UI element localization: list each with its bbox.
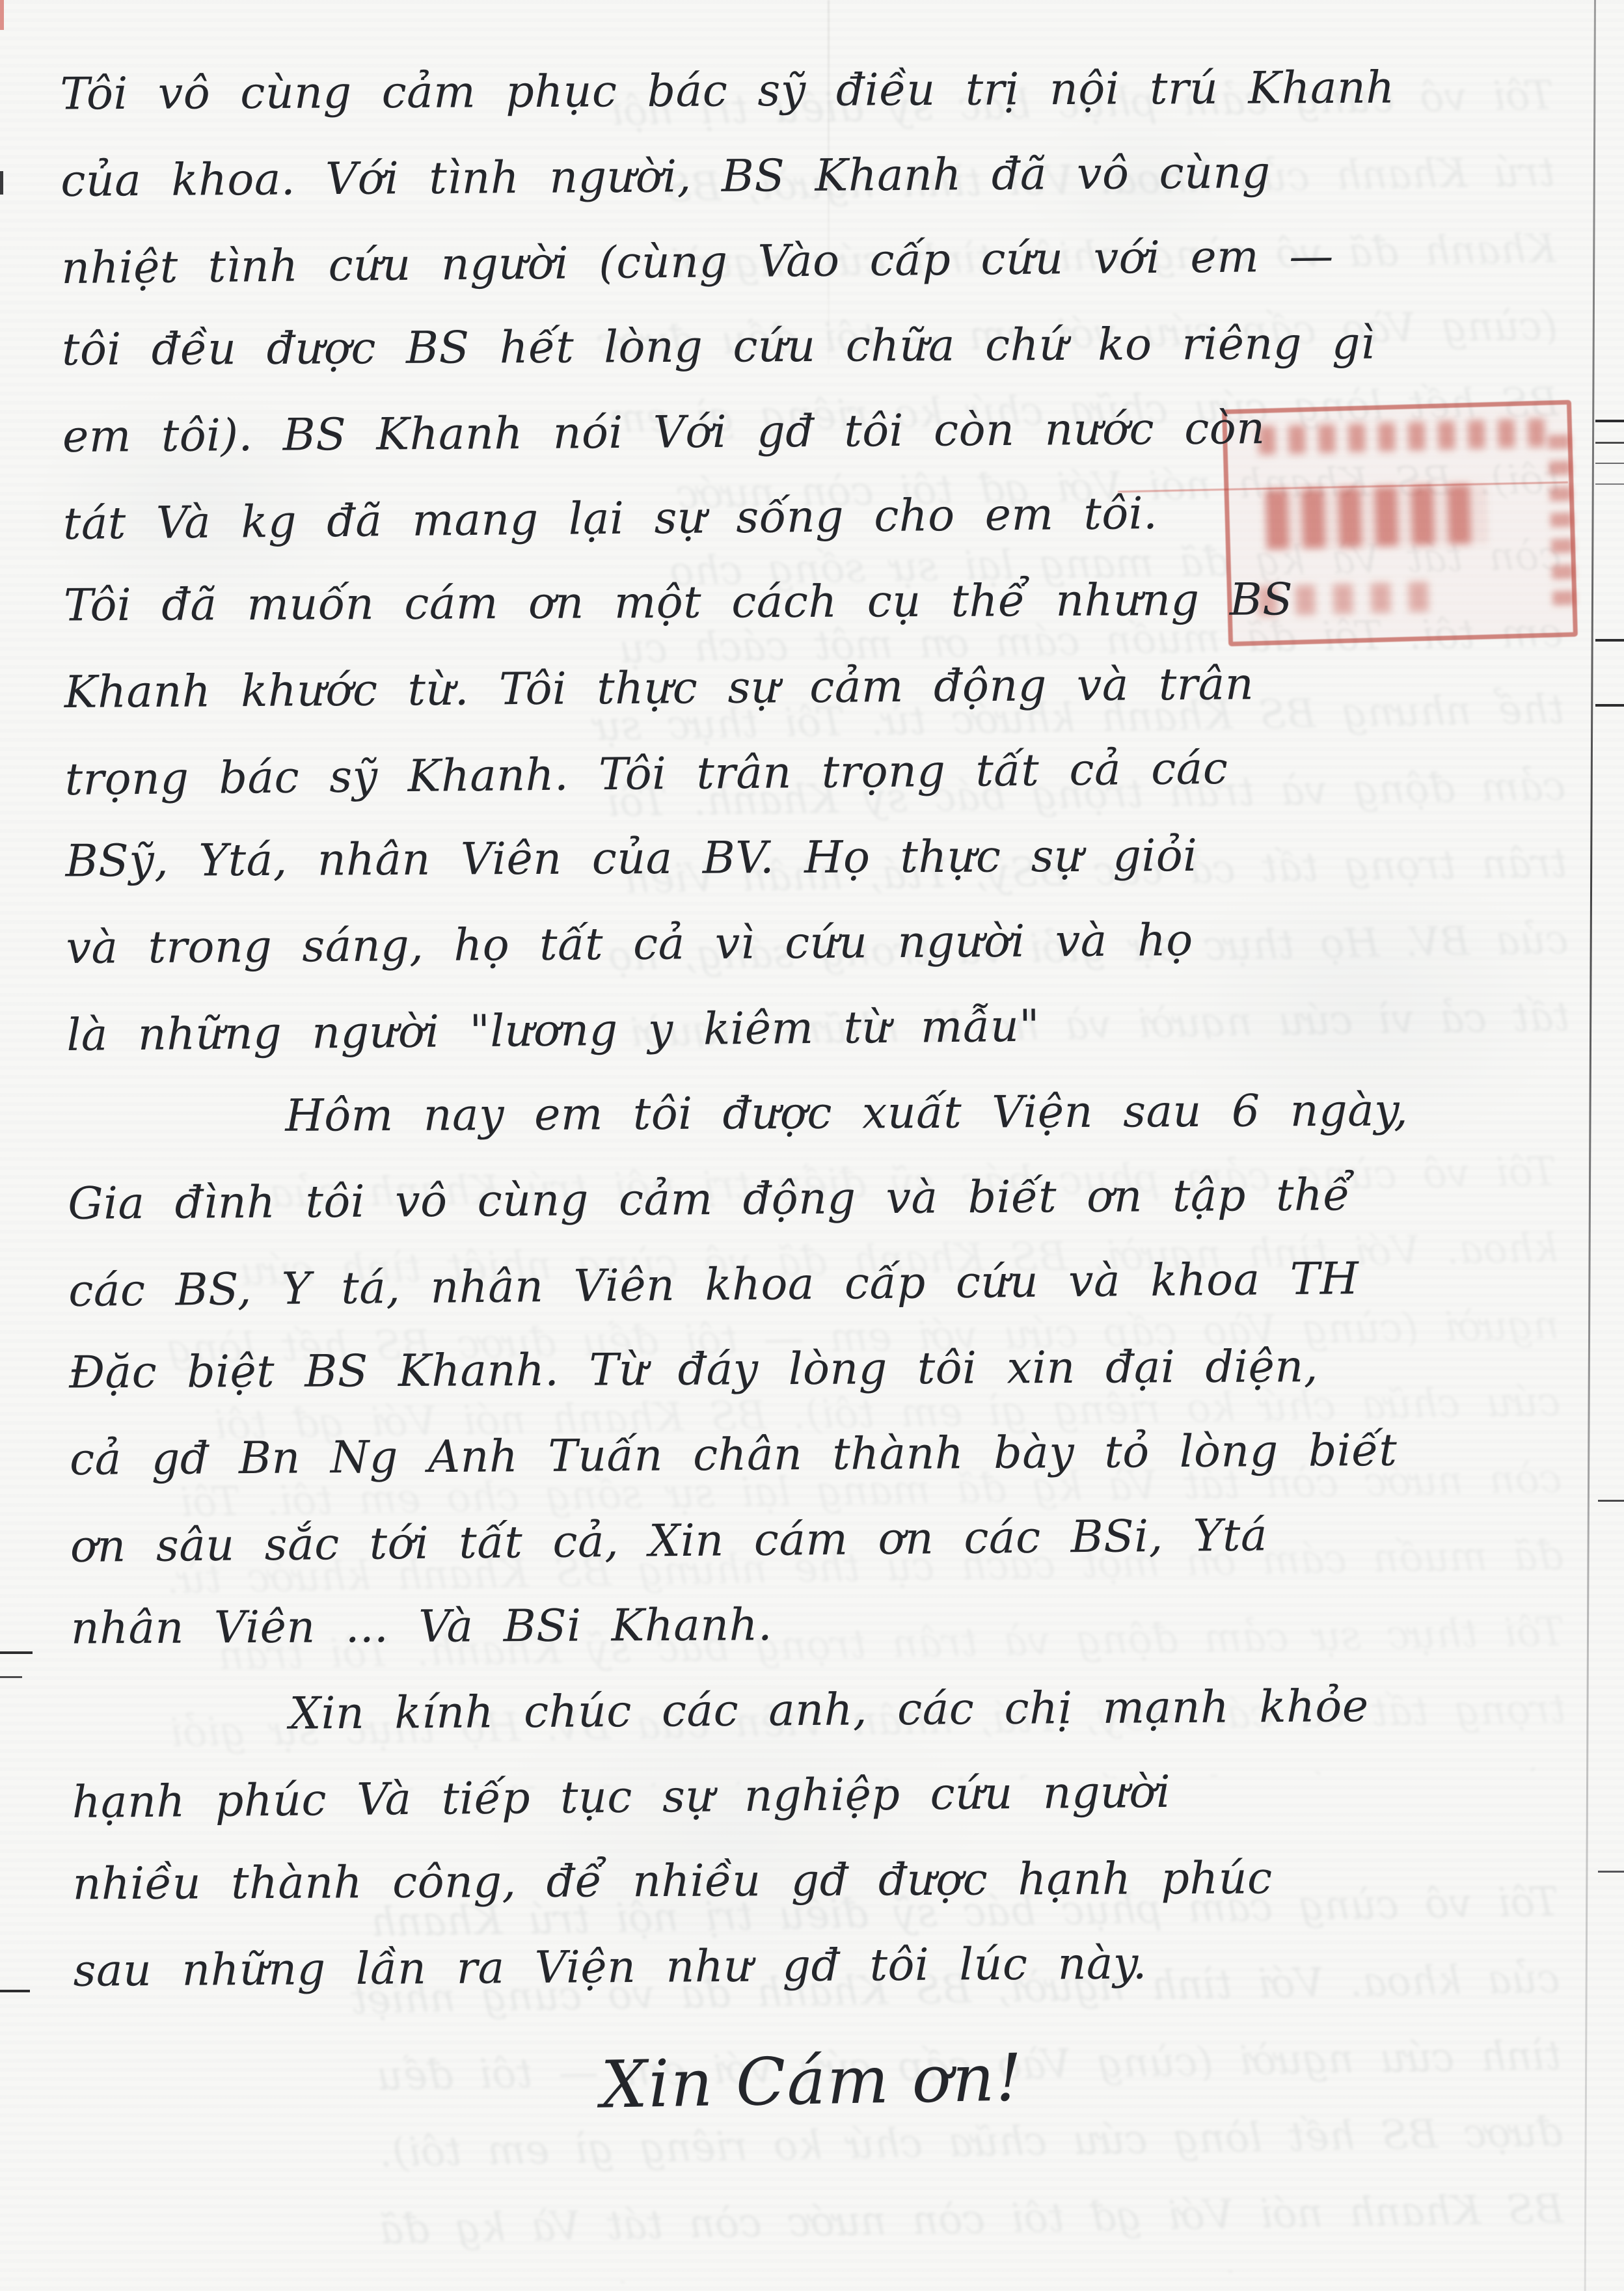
handwritten-line: tôi đều được BS hết lòng cứu chữa chứ ko… <box>62 300 1603 393</box>
edge-tick <box>1598 1871 1624 1873</box>
closing-line: Xin Cám ơn! <box>0 2029 1624 2134</box>
handwritten-line: Khanh khước từ. Tôi thực sự cảm động và … <box>64 639 1605 735</box>
handwritten-line: Tôi vô cùng cảm phục bác sỹ điều trị nội… <box>60 44 1601 137</box>
handwritten-line: Tôi đã muốn cám ơn một cách cụ thể nhưng… <box>64 556 1605 649</box>
edge-tick <box>1598 1500 1624 1502</box>
handwritten-line: nhiệt tình cứu người (cùng Vào cấp cứu v… <box>61 211 1603 311</box>
handwritten-line: nhân Viên ... Và BSi Khanh. <box>71 1579 1612 1672</box>
edge-tick <box>1595 483 1624 485</box>
edge-tick <box>1595 463 1624 464</box>
edge-tick <box>0 1990 30 1992</box>
scan-corner-artifact <box>0 0 4 30</box>
handwritten-line: cả gđ Bn Ng Anh Tuấn chân thành bày tỏ l… <box>70 1406 1611 1502</box>
handwritten-line: là những người "lương y kiêm từ mẫu" <box>66 978 1608 1078</box>
handwritten-line: tát Và kg đã mang lại sự sống cho em tôi… <box>62 467 1604 567</box>
edge-tick <box>1595 420 1624 422</box>
handwritten-line: Gia đình tôi vô cùng cảm động và biết ơn… <box>68 1150 1609 1247</box>
handwritten-line: trọng bác sỹ Khanh. Tôi trân trọng tất c… <box>64 722 1606 822</box>
edge-tick <box>1595 442 1624 444</box>
letter-text: Tôi vô cùng cảm phục bác sỹ điều trị nội… <box>60 42 1614 2013</box>
handwritten-line: và trong sáng, họ tất cả vì cứu người và… <box>66 895 1607 991</box>
handwritten-line: em tôi). BS Khanh nói Với gđ tôi còn nướ… <box>62 383 1604 480</box>
edge-tick <box>1595 704 1624 707</box>
scanned-letter-page: Tôi vô cùng cảm phục bác sỹ điều trị nội… <box>0 0 1624 2291</box>
edge-tick <box>1595 639 1624 642</box>
handwritten-line: ơn sâu sắc tới tất cả, Xin cám ơn các BS… <box>70 1489 1611 1590</box>
handwritten-line: của khoa. Với tình người, BS Khanh đã vô… <box>61 128 1602 224</box>
edge-tick <box>0 171 3 195</box>
handwritten-line: hạnh phúc Và tiếp tục sự nghiệp cứu ngườ… <box>72 1745 1613 1845</box>
handwritten-line: Đặc biệt BS Khanh. Từ đáy lòng tôi xin đ… <box>69 1323 1610 1416</box>
edge-tick <box>0 1651 33 1654</box>
letter-lines: Tôi vô cùng cảm phục bác sỹ điều trị nội… <box>60 42 1614 2013</box>
handwritten-line: Hôm nay em tôi được xuất Viện sau 6 ngày… <box>67 1067 1608 1160</box>
handwritten-line: nhiều thành công, để nhiều gđ được hạnh … <box>72 1834 1614 1927</box>
handwritten-line: sau những lần ra Viện như gđ tôi lúc này… <box>73 1918 1614 2014</box>
handwritten-line: Xin kính chúc các anh, các chị mạnh khỏe <box>71 1662 1612 1758</box>
handwritten-line: BSỹ, Ytá, nhân Viên của BV. Họ thực sự g… <box>65 811 1606 904</box>
handwritten-line: các BS, Y tá, nhân Viên khoa cấp cứu và … <box>68 1234 1610 1334</box>
edge-tick <box>0 1676 22 1678</box>
